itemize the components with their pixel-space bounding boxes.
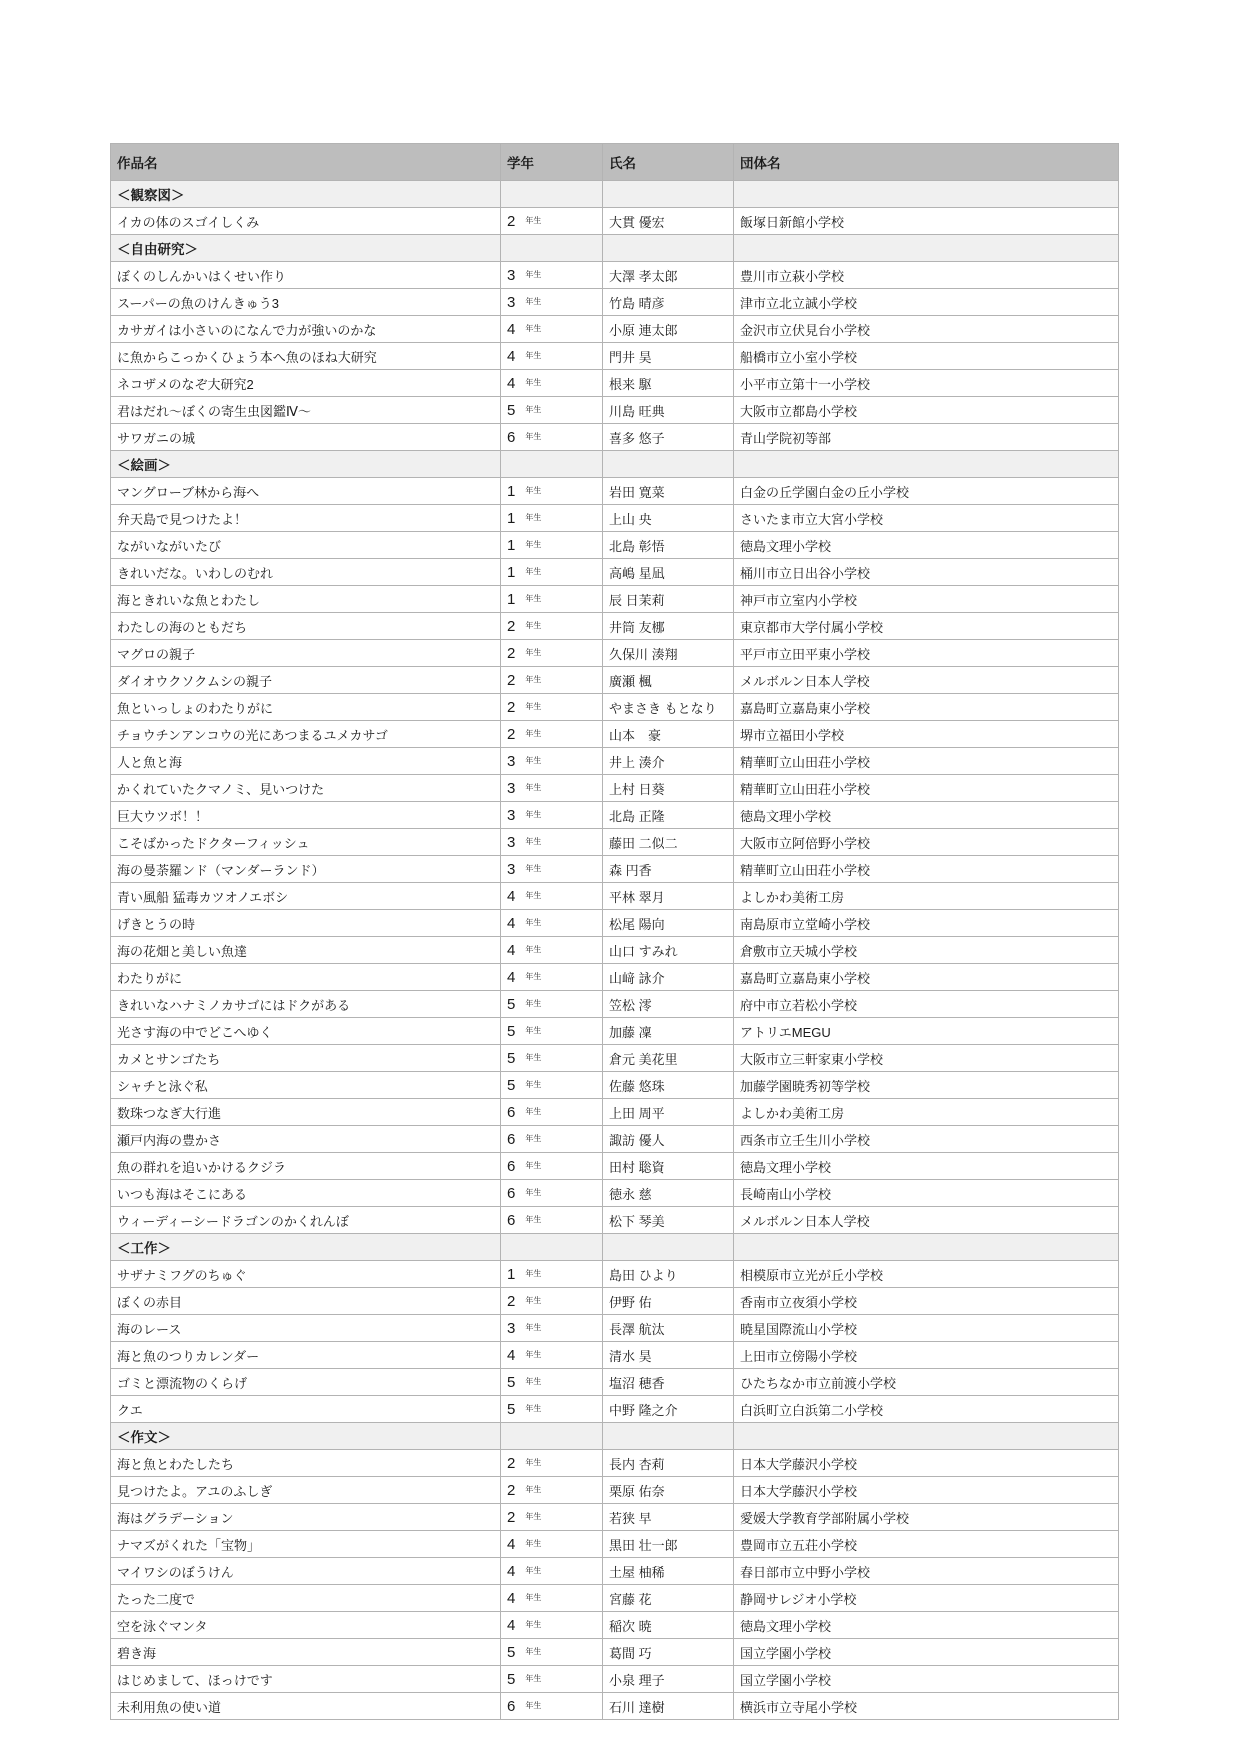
org-cell: 日本大学藤沢小学校 (734, 1450, 1119, 1477)
grade-suffix-label: 年生 (525, 1457, 541, 1468)
grade-cell-empty (501, 235, 603, 262)
entry-row: げきとうの時4年生松尾 陽向南島原市立堂崎小学校 (111, 910, 1119, 937)
entry-row: 人と魚と海3年生井上 湊介精華町立山田荘小学校 (111, 748, 1119, 775)
name-cell: 山﨑 詠介 (603, 964, 734, 991)
grade-suffix-label: 年生 (525, 593, 541, 604)
section-row: ＜観察図＞ (111, 181, 1119, 208)
name-cell: 倉元 美花里 (603, 1045, 734, 1072)
entry-row: マングローブ林から海へ1年生岩田 寛菜白金の丘学園白金の丘小学校 (111, 478, 1119, 505)
entry-row: 海はグラデーション2年生若狭 早愛媛大学教育学部附属小学校 (111, 1504, 1119, 1531)
grade-suffix-label: 年生 (525, 674, 541, 685)
entry-row: 数珠つなぎ大行進6年生上田 周平よしかわ美術工房 (111, 1099, 1119, 1126)
grade-cell: 2年生 (501, 1477, 603, 1504)
title-cell: ネコザメのなぞ大研究2 (111, 370, 501, 397)
col-header-grade: 学年 (501, 144, 603, 181)
grade-cell: 5年生 (501, 1072, 603, 1099)
grade-number: 3 (507, 267, 515, 284)
grade-number: 5 (507, 402, 515, 419)
col-header-title: 作品名 (111, 144, 501, 181)
grade-cell: 1年生 (501, 532, 603, 559)
name-cell: 稲次 暁 (603, 1612, 734, 1639)
grade-number: 5 (507, 1050, 515, 1067)
name-cell: 伊野 佑 (603, 1288, 734, 1315)
name-cell: 岩田 寛菜 (603, 478, 734, 505)
title-cell: 海と魚のつりカレンダー (111, 1342, 501, 1369)
name-cell: 松下 琴美 (603, 1207, 734, 1234)
org-cell: 暁星国際流山小学校 (734, 1315, 1119, 1342)
name-cell: 長澤 航汰 (603, 1315, 734, 1342)
grade-number: 1 (507, 591, 515, 608)
title-cell: カメとサンゴたち (111, 1045, 501, 1072)
org-cell: 金沢市立伏見台小学校 (734, 316, 1119, 343)
org-cell: 徳島文理小学校 (734, 1612, 1119, 1639)
name-cell: 中野 隆之介 (603, 1396, 734, 1423)
grade-cell: 5年生 (501, 1369, 603, 1396)
entry-row: 光さす海の中でどこへゆく5年生加藤 凜アトリエMEGU (111, 1018, 1119, 1045)
org-cell: 精華町立山田荘小学校 (734, 775, 1119, 802)
entry-row: 碧き海5年生葛間 巧国立学園小学校 (111, 1639, 1119, 1666)
grade-number: 3 (507, 834, 515, 851)
grade-suffix-label: 年生 (525, 620, 541, 631)
grade-suffix-label: 年生 (525, 296, 541, 307)
grade-number: 2 (507, 1455, 515, 1472)
org-cell: 東京都市大学付属小学校 (734, 613, 1119, 640)
grade-number: 6 (507, 1212, 515, 1229)
entry-row: たった二度で4年生宮藤 花静岡サレジオ小学校 (111, 1585, 1119, 1612)
name-cell: 大澤 孝太郎 (603, 262, 734, 289)
entry-row: スーパーの魚のけんきゅう33年生竹島 晴彦津市立北立誠小学校 (111, 289, 1119, 316)
name-cell: 若狭 早 (603, 1504, 734, 1531)
org-cell-empty (734, 451, 1119, 478)
entry-row: 空を泳ぐマンタ4年生稲次 暁徳島文理小学校 (111, 1612, 1119, 1639)
grade-cell: 4年生 (501, 370, 603, 397)
title-cell: きれいだな。いわしのむれ (111, 559, 501, 586)
section-row: ＜作文＞ (111, 1423, 1119, 1450)
grade-cell: 2年生 (501, 640, 603, 667)
title-cell: サザナミフグのちゅぐ (111, 1261, 501, 1288)
grade-cell: 2年生 (501, 1504, 603, 1531)
title-cell: スーパーの魚のけんきゅう3 (111, 289, 501, 316)
title-cell: かくれていたクマノミ、見いつけた (111, 775, 501, 802)
grade-cell: 4年生 (501, 1531, 603, 1558)
entry-row: マイワシのぼうけん4年生土屋 柚稀春日部市立中野小学校 (111, 1558, 1119, 1585)
org-cell-empty (734, 181, 1119, 208)
grade-number: 6 (507, 1185, 515, 1202)
grade-cell: 4年生 (501, 883, 603, 910)
grade-cell: 6年生 (501, 1693, 603, 1720)
title-cell: 碧き海 (111, 1639, 501, 1666)
name-cell: やまさき もとなり (603, 694, 734, 721)
grade-cell: 1年生 (501, 1261, 603, 1288)
section-label: ＜作文＞ (111, 1423, 501, 1450)
header-row: 作品名 学年 氏名 団体名 (111, 144, 1119, 181)
grade-cell: 6年生 (501, 1180, 603, 1207)
title-cell: ゴミと漂流物のくらげ (111, 1369, 501, 1396)
org-cell: 飯塚日新館小学校 (734, 208, 1119, 235)
grade-number: 3 (507, 294, 515, 311)
name-cell: 田村 聡資 (603, 1153, 734, 1180)
name-cell: 笠松 澪 (603, 991, 734, 1018)
name-cell: 井筒 友梛 (603, 613, 734, 640)
title-cell: 空を泳ぐマンタ (111, 1612, 501, 1639)
grade-number: 5 (507, 1077, 515, 1094)
grade-cell: 3年生 (501, 775, 603, 802)
org-cell: 堺市立福田小学校 (734, 721, 1119, 748)
title-cell: 海ときれいな魚とわたし (111, 586, 501, 613)
award-list-body: ＜観察図＞イカの体のスゴイしくみ2年生大貫 優宏飯塚日新館小学校＜自由研究＞ぼく… (111, 181, 1119, 1720)
org-cell: アトリエMEGU (734, 1018, 1119, 1045)
grade-suffix-label: 年生 (525, 1052, 541, 1063)
grade-number: 2 (507, 645, 515, 662)
title-cell: 海はグラデーション (111, 1504, 501, 1531)
org-cell: メルボルン日本人学校 (734, 1207, 1119, 1234)
grade-number: 3 (507, 807, 515, 824)
grade-cell: 4年生 (501, 937, 603, 964)
grade-suffix-label: 年生 (525, 1268, 541, 1279)
title-cell: わたりがに (111, 964, 501, 991)
entry-row: 見つけたよ。アユのふしぎ2年生栗原 佑奈日本大学藤沢小学校 (111, 1477, 1119, 1504)
title-cell: たった二度で (111, 1585, 501, 1612)
entry-row: はじめまして、ほっけです5年生小泉 理子国立学園小学校 (111, 1666, 1119, 1693)
name-cell: 小泉 理子 (603, 1666, 734, 1693)
name-cell: 小原 連太郎 (603, 316, 734, 343)
section-label: ＜絵画＞ (111, 451, 501, 478)
grade-number: 2 (507, 1482, 515, 1499)
grade-number: 4 (507, 969, 515, 986)
org-cell: 日本大学藤沢小学校 (734, 1477, 1119, 1504)
col-header-name: 氏名 (603, 144, 734, 181)
grade-suffix-label: 年生 (525, 701, 541, 712)
grade-cell: 6年生 (501, 1099, 603, 1126)
entry-row: マグロの親子2年生久保川 湊翔平戸市立田平東小学校 (111, 640, 1119, 667)
grade-cell-empty (501, 181, 603, 208)
title-cell: イカの体のスゴイしくみ (111, 208, 501, 235)
grade-suffix-label: 年生 (525, 1214, 541, 1225)
org-cell: 春日部市立中野小学校 (734, 1558, 1119, 1585)
grade-cell: 6年生 (501, 1126, 603, 1153)
grade-cell: 4年生 (501, 316, 603, 343)
grade-cell: 5年生 (501, 1018, 603, 1045)
org-cell: 桶川市立日出谷小学校 (734, 559, 1119, 586)
title-cell: マグロの親子 (111, 640, 501, 667)
org-cell: 白金の丘学園白金の丘小学校 (734, 478, 1119, 505)
grade-suffix-label: 年生 (525, 782, 541, 793)
name-cell: 塩沼 穂香 (603, 1369, 734, 1396)
title-cell: 海と魚とわたしたち (111, 1450, 501, 1477)
entry-row: わたしの海のともだち2年生井筒 友梛東京都市大学付属小学校 (111, 613, 1119, 640)
org-cell: 豊岡市立五荘小学校 (734, 1531, 1119, 1558)
grade-cell: 4年生 (501, 343, 603, 370)
title-cell: きれいなハナミノカサゴにはドクがある (111, 991, 501, 1018)
entry-row: ネコザメのなぞ大研究24年生根来 駆小平市立第十一小学校 (111, 370, 1119, 397)
grade-cell: 2年生 (501, 1288, 603, 1315)
section-row: ＜自由研究＞ (111, 235, 1119, 262)
grade-suffix-label: 年生 (525, 1106, 541, 1117)
org-cell: 嘉島町立嘉島東小学校 (734, 694, 1119, 721)
org-cell: 船橋市立小室小学校 (734, 343, 1119, 370)
title-cell: わたしの海のともだち (111, 613, 501, 640)
entry-row: 魚といっしょのわたりがに2年生やまさき もとなり嘉島町立嘉島東小学校 (111, 694, 1119, 721)
grade-suffix-label: 年生 (525, 1619, 541, 1630)
org-cell-empty (734, 235, 1119, 262)
title-cell: 弁天島で見つけたよ！ (111, 505, 501, 532)
grade-suffix-label: 年生 (525, 431, 541, 442)
entry-row: クエ5年生中野 隆之介白浜町立白浜第二小学校 (111, 1396, 1119, 1423)
entry-row: カサガイは小さいのになんで力が強いのかな4年生小原 連太郎金沢市立伏見台小学校 (111, 316, 1119, 343)
org-cell: 青山学院初等部 (734, 424, 1119, 451)
grade-suffix-label: 年生 (525, 323, 541, 334)
grade-cell: 6年生 (501, 424, 603, 451)
name-cell: 森 円香 (603, 856, 734, 883)
title-cell: クエ (111, 1396, 501, 1423)
title-cell: 瀬戸内海の豊かさ (111, 1126, 501, 1153)
entry-row: 未利用魚の使い道6年生石川 達樹横浜市立寺尾小学校 (111, 1693, 1119, 1720)
entry-row: 海のレース3年生長澤 航汰暁星国際流山小学校 (111, 1315, 1119, 1342)
grade-cell: 1年生 (501, 478, 603, 505)
org-cell: 大阪市立阿倍野小学校 (734, 829, 1119, 856)
title-cell: マイワシのぼうけん (111, 1558, 501, 1585)
entry-row: 海ときれいな魚とわたし1年生辰 日茉莉神戸市立室内小学校 (111, 586, 1119, 613)
title-cell: 未利用魚の使い道 (111, 1693, 501, 1720)
grade-number: 4 (507, 1563, 515, 1580)
document-page: 作品名 学年 氏名 団体名 ＜観察図＞イカの体のスゴイしくみ2年生大貫 優宏飯塚… (0, 0, 1240, 1755)
entry-row: ながいながいたび1年生北島 彰悟徳島文理小学校 (111, 532, 1119, 559)
grade-suffix-label: 年生 (525, 971, 541, 982)
title-cell: 魚といっしょのわたりがに (111, 694, 501, 721)
org-cell: 精華町立山田荘小学校 (734, 856, 1119, 883)
name-cell: 廣瀬 楓 (603, 667, 734, 694)
grade-suffix-label: 年生 (525, 539, 541, 550)
org-cell: 加藤学園暁秀初等学校 (734, 1072, 1119, 1099)
section-row: ＜絵画＞ (111, 451, 1119, 478)
org-cell: 徳島文理小学校 (734, 532, 1119, 559)
grade-number: 2 (507, 726, 515, 743)
entry-row: ぼくのしんかいはくせい作り3年生大澤 孝太郎豊川市立萩小学校 (111, 262, 1119, 289)
title-cell: ながいながいたび (111, 532, 501, 559)
grade-number: 2 (507, 699, 515, 716)
grade-suffix-label: 年生 (525, 566, 541, 577)
org-cell-empty (734, 1234, 1119, 1261)
name-cell: 山口 すみれ (603, 937, 734, 964)
name-cell: 高嶋 星凪 (603, 559, 734, 586)
entry-row: ダイオウクソクムシの親子2年生廣瀬 楓メルボルン日本人学校 (111, 667, 1119, 694)
grade-suffix-label: 年生 (525, 1133, 541, 1144)
grade-number: 3 (507, 861, 515, 878)
title-cell: こそばかったドクターフィッシュ (111, 829, 501, 856)
grade-suffix-label: 年生 (525, 377, 541, 388)
org-cell: 徳島文理小学校 (734, 802, 1119, 829)
grade-number: 1 (507, 537, 515, 554)
grade-suffix-label: 年生 (525, 269, 541, 280)
grade-cell: 2年生 (501, 721, 603, 748)
title-cell: ダイオウクソクムシの親子 (111, 667, 501, 694)
grade-suffix-label: 年生 (525, 485, 541, 496)
title-cell: 海の曼荼羅ンド（マンダーランド） (111, 856, 501, 883)
grade-suffix-label: 年生 (525, 350, 541, 361)
grade-cell: 3年生 (501, 856, 603, 883)
grade-suffix-label: 年生 (525, 863, 541, 874)
name-cell-empty (603, 451, 734, 478)
title-cell: 数珠つなぎ大行進 (111, 1099, 501, 1126)
org-cell: 豊川市立萩小学校 (734, 262, 1119, 289)
grade-number: 2 (507, 1293, 515, 1310)
entry-row: 海の花畑と美しい魚達4年生山口 すみれ倉敷市立天城小学校 (111, 937, 1119, 964)
grade-suffix-label: 年生 (525, 755, 541, 766)
name-cell: 久保川 湊翔 (603, 640, 734, 667)
grade-cell: 2年生 (501, 208, 603, 235)
grade-number: 5 (507, 1401, 515, 1418)
org-cell: 倉敷市立天城小学校 (734, 937, 1119, 964)
org-cell: 小平市立第十一小学校 (734, 370, 1119, 397)
name-cell: 川島 旺典 (603, 397, 734, 424)
name-cell: 上村 日葵 (603, 775, 734, 802)
grade-suffix-label: 年生 (525, 944, 541, 955)
grade-cell: 2年生 (501, 613, 603, 640)
org-cell: 相模原市立光が丘小学校 (734, 1261, 1119, 1288)
entry-row: イカの体のスゴイしくみ2年生大貫 優宏飯塚日新館小学校 (111, 208, 1119, 235)
grade-number: 4 (507, 1536, 515, 1553)
grade-cell: 4年生 (501, 1585, 603, 1612)
title-cell: ぼくのしんかいはくせい作り (111, 262, 501, 289)
name-cell: 北島 正隆 (603, 802, 734, 829)
grade-cell: 4年生 (501, 964, 603, 991)
name-cell: 島田 ひより (603, 1261, 734, 1288)
org-cell: 上田市立傍陽小学校 (734, 1342, 1119, 1369)
name-cell: 佐藤 悠珠 (603, 1072, 734, 1099)
entry-row: 君はだれ～ぼくの寄生虫図鑑Ⅳ～5年生川島 旺典大阪市立都島小学校 (111, 397, 1119, 424)
grade-suffix-label: 年生 (525, 1376, 541, 1387)
grade-cell: 1年生 (501, 559, 603, 586)
grade-number: 4 (507, 321, 515, 338)
name-cell: 根来 駆 (603, 370, 734, 397)
grade-cell: 3年生 (501, 748, 603, 775)
grade-number: 5 (507, 996, 515, 1013)
entry-row: ウィーディーシードラゴンのかくれんぼ6年生松下 琴美メルボルン日本人学校 (111, 1207, 1119, 1234)
name-cell: 井上 湊介 (603, 748, 734, 775)
grade-cell: 2年生 (501, 667, 603, 694)
grade-suffix-label: 年生 (525, 890, 541, 901)
entry-row: きれいなハナミノカサゴにはドクがある5年生笠松 澪府中市立若松小学校 (111, 991, 1119, 1018)
grade-suffix-label: 年生 (525, 809, 541, 820)
grade-number: 5 (507, 1671, 515, 1688)
grade-suffix-label: 年生 (525, 215, 541, 226)
grade-cell: 5年生 (501, 1045, 603, 1072)
grade-suffix-label: 年生 (525, 728, 541, 739)
grade-cell: 3年生 (501, 829, 603, 856)
award-list-table: 作品名 学年 氏名 団体名 ＜観察図＞イカの体のスゴイしくみ2年生大貫 優宏飯塚… (110, 143, 1119, 1720)
name-cell: 辰 日茉莉 (603, 586, 734, 613)
grade-cell: 5年生 (501, 397, 603, 424)
grade-number: 4 (507, 1347, 515, 1364)
title-cell: ナマズがくれた「宝物」 (111, 1531, 501, 1558)
grade-cell: 2年生 (501, 694, 603, 721)
org-cell: 長崎南山小学校 (734, 1180, 1119, 1207)
entry-row: シャチと泳ぐ私5年生佐藤 悠珠加藤学園暁秀初等学校 (111, 1072, 1119, 1099)
entry-row: かくれていたクマノミ、見いつけた3年生上村 日葵精華町立山田荘小学校 (111, 775, 1119, 802)
entry-row: ゴミと漂流物のくらげ5年生塩沼 穂香ひたちなか市立前渡小学校 (111, 1369, 1119, 1396)
grade-number: 4 (507, 348, 515, 365)
grade-number: 3 (507, 1320, 515, 1337)
grade-suffix-label: 年生 (525, 1403, 541, 1414)
section-row: ＜工作＞ (111, 1234, 1119, 1261)
grade-number: 4 (507, 1590, 515, 1607)
title-cell: に魚からこっかくひょう本へ魚のほね大研究 (111, 343, 501, 370)
name-cell: 栗原 佑奈 (603, 1477, 734, 1504)
org-cell: よしかわ美術工房 (734, 883, 1119, 910)
grade-suffix-label: 年生 (525, 512, 541, 523)
entry-row: 巨大ウツボ！！3年生北島 正隆徳島文理小学校 (111, 802, 1119, 829)
title-cell: カサガイは小さいのになんで力が強いのかな (111, 316, 501, 343)
entry-row: こそばかったドクターフィッシュ3年生藤田 二似二大阪市立阿倍野小学校 (111, 829, 1119, 856)
grade-suffix-label: 年生 (525, 1295, 541, 1306)
org-cell: メルボルン日本人学校 (734, 667, 1119, 694)
grade-cell: 5年生 (501, 1639, 603, 1666)
grade-number: 4 (507, 375, 515, 392)
grade-number: 6 (507, 1158, 515, 1175)
name-cell: 上田 周平 (603, 1099, 734, 1126)
grade-suffix-label: 年生 (525, 647, 541, 658)
grade-number: 1 (507, 510, 515, 527)
grade-number: 5 (507, 1644, 515, 1661)
grade-cell: 4年生 (501, 1612, 603, 1639)
col-header-org: 団体名 (734, 144, 1119, 181)
org-cell: 南島原市立堂崎小学校 (734, 910, 1119, 937)
grade-cell: 4年生 (501, 1342, 603, 1369)
entry-row: 弁天島で見つけたよ！1年生上山 央さいたま市立大宮小学校 (111, 505, 1119, 532)
grade-cell: 3年生 (501, 262, 603, 289)
org-cell: 嘉島町立嘉島東小学校 (734, 964, 1119, 991)
org-cell: よしかわ美術工房 (734, 1099, 1119, 1126)
name-cell: 黒田 壮一郎 (603, 1531, 734, 1558)
grade-number: 2 (507, 213, 515, 230)
entry-row: サワガニの城6年生喜多 悠子青山学院初等部 (111, 424, 1119, 451)
org-cell: 神戸市立室内小学校 (734, 586, 1119, 613)
entry-row: 海の曼荼羅ンド（マンダーランド）3年生森 円香精華町立山田荘小学校 (111, 856, 1119, 883)
grade-number: 2 (507, 1509, 515, 1526)
name-cell: 北島 彰悟 (603, 532, 734, 559)
entry-row: 瀬戸内海の豊かさ6年生諏訪 優人西条市立壬生川小学校 (111, 1126, 1119, 1153)
name-cell: 山本 豪 (603, 721, 734, 748)
grade-cell: 5年生 (501, 1396, 603, 1423)
entry-row: に魚からこっかくひょう本へ魚のほね大研究4年生門井 昊船橋市立小室小学校 (111, 343, 1119, 370)
grade-number: 1 (507, 1266, 515, 1283)
grade-number: 3 (507, 753, 515, 770)
grade-number: 1 (507, 564, 515, 581)
grade-number: 4 (507, 1617, 515, 1634)
grade-cell: 4年生 (501, 1558, 603, 1585)
name-cell: 加藤 凜 (603, 1018, 734, 1045)
title-cell: はじめまして、ほっけです (111, 1666, 501, 1693)
name-cell: 葛間 巧 (603, 1639, 734, 1666)
grade-suffix-label: 年生 (525, 917, 541, 928)
grade-suffix-label: 年生 (525, 1538, 541, 1549)
org-cell: 大阪市立都島小学校 (734, 397, 1119, 424)
grade-suffix-label: 年生 (525, 1646, 541, 1657)
title-cell: 海のレース (111, 1315, 501, 1342)
grade-number: 5 (507, 1023, 515, 1040)
org-cell: 平戸市立田平東小学校 (734, 640, 1119, 667)
grade-cell: 5年生 (501, 991, 603, 1018)
title-cell: 君はだれ～ぼくの寄生虫図鑑Ⅳ～ (111, 397, 501, 424)
org-cell: 国立学園小学校 (734, 1666, 1119, 1693)
grade-cell: 6年生 (501, 1207, 603, 1234)
title-cell: シャチと泳ぐ私 (111, 1072, 501, 1099)
name-cell: 喜多 悠子 (603, 424, 734, 451)
name-cell: 清水 昊 (603, 1342, 734, 1369)
entry-row: いつも海はそこにある6年生徳永 慈長崎南山小学校 (111, 1180, 1119, 1207)
grade-number: 4 (507, 942, 515, 959)
entry-row: カメとサンゴたち5年生倉元 美花里大阪市立三軒家東小学校 (111, 1045, 1119, 1072)
